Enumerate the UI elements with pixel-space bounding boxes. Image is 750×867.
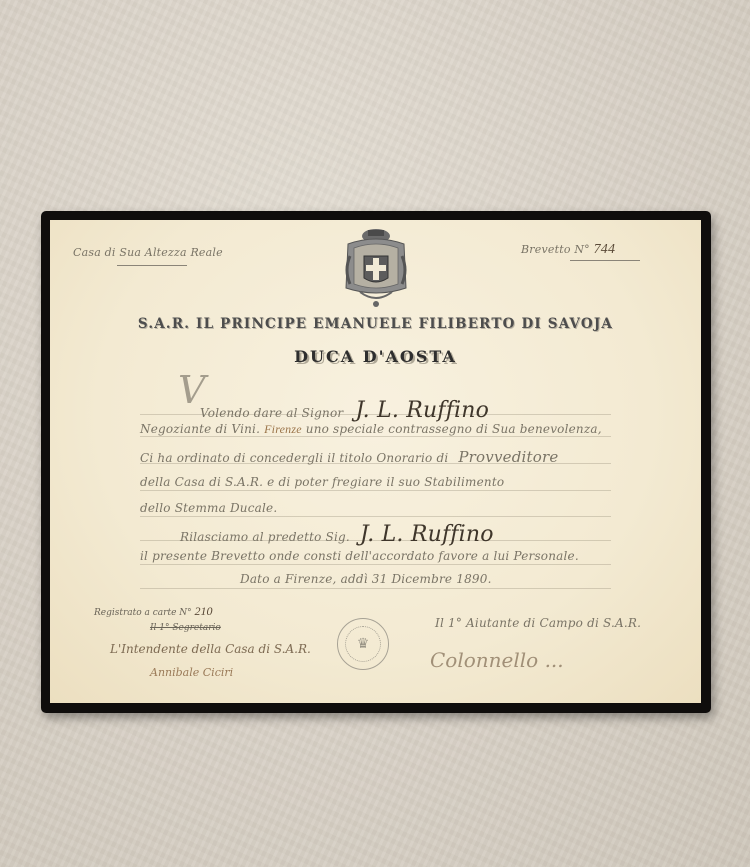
crown-icon: ♛ <box>345 626 381 662</box>
seal-stamp: ♛ <box>337 618 389 670</box>
body-line-6: Rilasciamo al predetto Sig. J. L. Ruffin… <box>180 522 494 547</box>
honorary-title: Provveditore <box>458 448 558 466</box>
body-text: Ci ha ordinato di concedergli il titolo … <box>140 451 448 465</box>
body-line-1: Volendo dare al Signor J. L. Ruffino <box>200 398 489 423</box>
registration: Registrato a carte N° 210 <box>94 604 213 619</box>
underline <box>117 265 187 266</box>
body-line-3: Ci ha ordinato di concedergli il titolo … <box>140 448 558 466</box>
recipient-name: J. L. Ruffino <box>360 522 494 547</box>
ruled-line <box>140 516 611 517</box>
secretary-title: Il 1° Segretario <box>150 623 221 633</box>
date-line: Dato a Firenze, addì 31 Dicembre 1890. <box>240 572 492 586</box>
body-text: Rilasciamo al predetto Sig. <box>180 530 350 544</box>
picture-frame: Casa di Sua Altezza Reale Brevetto N° 74… <box>41 211 711 713</box>
body-line-5: dello Stemma Ducale. <box>140 501 277 515</box>
recipient-name: J. L. Ruffino <box>355 398 489 423</box>
body-line-7: il presente Brevetto onde consti dell'ac… <box>140 549 579 563</box>
brevetto-label: Brevetto N° <box>521 243 590 256</box>
coat-of-arms-icon <box>340 226 412 310</box>
brevetto-number: Brevetto N° 744 <box>521 242 615 258</box>
body-text: Volendo dare al Signor <box>200 406 343 420</box>
body-text: uno speciale contrassegno di Sua benevol… <box>306 422 602 436</box>
aide-signature: Colonnello ... <box>430 648 564 672</box>
household-label: Casa di Sua Altezza Reale <box>73 246 223 259</box>
body-line-2: Negoziante di Vini. Firenze uno speciale… <box>140 422 602 437</box>
brevetto-value: 744 <box>594 242 616 257</box>
certificate-title: DUCA D'AOSTA <box>50 347 701 366</box>
body-line-4: della Casa di S.A.R. e di poter fregiare… <box>140 475 504 489</box>
city: Firenze <box>264 422 302 436</box>
intendente-title: L'Intendente della Casa di S.A.R. <box>110 642 311 656</box>
aide-title: Il 1° Aiutante di Campo di S.A.R. <box>435 616 641 630</box>
ruled-line <box>140 490 611 491</box>
prince-header: S.A.R. IL PRINCIPE EMANUELE FILIBERTO DI… <box>50 316 701 332</box>
certificate-paper: Casa di Sua Altezza Reale Brevetto N° 74… <box>50 220 701 703</box>
underline <box>570 260 640 261</box>
registration-number: 210 <box>195 604 213 618</box>
ruled-line <box>140 564 611 565</box>
ruled-line <box>140 588 611 589</box>
body-text: Negoziante di Vini. <box>140 422 260 436</box>
registration-label: Registrato a carte N° <box>94 608 192 618</box>
intendente-signature: Annibale Ciciri <box>150 666 233 679</box>
